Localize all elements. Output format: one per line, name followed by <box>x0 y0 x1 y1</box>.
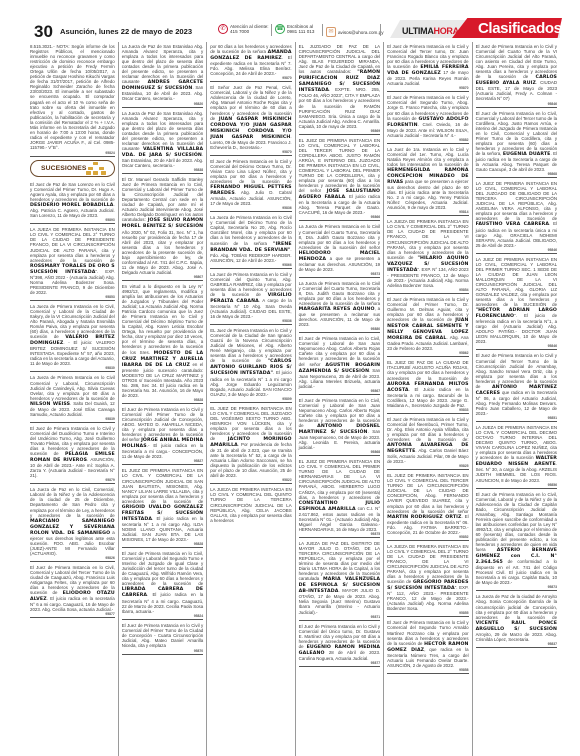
brand-ultima: ULTIMA <box>402 26 434 36</box>
legal-notice: EL JUZGADO DE PAZ DE LA CIRCUNSCRIPCIÓN … <box>299 42 380 129</box>
divider <box>299 134 380 135</box>
notice-text: El Juez de Primera Instancia en lo Civil… <box>122 551 203 586</box>
notice-text: 8.515.3021.- NOTA: Según informe de los … <box>30 44 115 150</box>
notice-code: 95877 <box>299 661 380 665</box>
legal-notice: LA JUEZA DE PAZ DEL DISTRITO DE MAYOR JU… <box>299 539 380 615</box>
notice-code: 95827 <box>122 459 203 463</box>
decedent-name: MARCIANO SAMANIEGO GONZALEZ Y SEVERIANA … <box>30 519 115 536</box>
divider <box>210 483 291 484</box>
notice-code: 95826 <box>30 556 115 560</box>
notice-code: 95809 <box>210 397 291 401</box>
notice-code: 95830 <box>30 366 115 370</box>
column-2: La Jueza de Paz de San Estanislao Abg. A… <box>118 42 206 756</box>
divider <box>30 561 115 562</box>
notice-code: 95870 <box>210 76 291 80</box>
divider <box>476 253 557 254</box>
legal-notice: EL Juez de Primera Instancia en lo Civil… <box>210 326 291 397</box>
notice-code: 95824 <box>30 151 115 155</box>
notice-text: La Jueza de Primera Instancia en lo Civi… <box>30 304 115 339</box>
notice-code: 95846 <box>476 248 557 252</box>
divider <box>387 91 468 92</box>
divider <box>210 155 291 156</box>
notice-text: Año 2020, N° 02, Folio 31, Sec. N° 1, ha… <box>122 230 203 275</box>
divider <box>210 402 291 403</box>
column-3: por 60 días a los herederos y acreedores… <box>206 42 294 756</box>
notice-text: La Jueza de Paz de San Estanislao Abg. A… <box>122 44 203 84</box>
legal-notice: El Dr. Manuel Gerardo Saffidin Stanley J… <box>122 175 203 275</box>
divider <box>380 24 381 36</box>
divider <box>122 547 203 548</box>
legal-notice: El Juez de Primera Instancia en lo Civil… <box>387 295 468 351</box>
notice-text: El Juez de Primera Instancia en lo Civil… <box>210 159 291 184</box>
column-5: El Juez de Primera Instancia en lo Civil… <box>383 42 471 756</box>
divider <box>387 143 468 144</box>
legal-notice: El Juez de Primera Instancia en lo Civil… <box>387 618 468 667</box>
divider <box>476 647 557 648</box>
notice-text: El Juez de Primera Instancia en lo Civil… <box>476 492 557 553</box>
legal-notice: El Juez de Primera Instancia en lo Civil… <box>476 351 557 416</box>
notice-code: 95854 <box>387 288 468 292</box>
legal-notice: El Juez de Primera Instancia en lo Civil… <box>299 396 380 450</box>
divider <box>387 673 468 674</box>
divider <box>210 268 291 269</box>
divider <box>122 403 203 404</box>
notice-code: 95846 <box>476 102 557 106</box>
legal-notice: La Jueza de Primera Instancia en lo Civi… <box>299 222 380 271</box>
notice-code: 95868 <box>476 172 557 176</box>
notice-code: 95870 <box>210 150 291 154</box>
divider <box>30 371 115 372</box>
legal-notice: LA JUEZA DE PRIMERA INSTANCIA EN LO CIVI… <box>30 225 115 295</box>
divider <box>299 620 380 621</box>
divider <box>299 220 380 221</box>
notice-text: EL JUEZ DE PRIMERA INSTANCIA EN LO CIVIL… <box>387 473 468 513</box>
legal-notice: La Juez de Primera Instancia en lo Civil… <box>210 270 291 319</box>
page-number: 30 <box>34 22 53 42</box>
legal-notice: La Jueza de Paz en lo Civil, Comercial, … <box>30 485 115 556</box>
legal-notice: El Juez de Primera Instancia en lo Civil… <box>476 109 557 173</box>
divider <box>30 156 115 157</box>
notice-text: La Jueza de Primera Instancia en lo Civi… <box>299 224 380 249</box>
notice-text: La Jueza de Paz de la ciudad de Arroyito… <box>476 594 557 619</box>
envelope-icon: ✉ <box>326 27 336 37</box>
divider <box>210 211 291 212</box>
divider <box>387 413 468 414</box>
notice-code: 95879 <box>30 478 115 482</box>
divider <box>122 280 203 281</box>
legal-notice: por 60 días a los herederos y acreedores… <box>210 42 291 76</box>
contact-email: ✉ avisos@uhora.com.py <box>326 27 384 37</box>
divider <box>122 619 203 620</box>
divider <box>210 324 291 325</box>
decedent-name: VICENTE RAUL PONCE ARGUELLO S/ SUCESIÓN <box>476 621 557 632</box>
divider <box>122 107 203 108</box>
notice-code: 95838 <box>122 168 203 172</box>
notice-code: 95882 <box>387 138 468 142</box>
notice-text: LA JUEZA DE PRIMERA INSTANCIA EN LO CIVI… <box>387 219 468 259</box>
decedent-name: JUAN GASPAR MISKINICH CORDOVA Y/O JUAN G… <box>210 117 291 140</box>
notice-code: 95868 <box>299 450 380 454</box>
notice-code: 95852 <box>387 535 468 539</box>
notice-text: LA JUEZA DE PAZ DEL DISTRITO DE MAYOR JU… <box>299 541 380 581</box>
notice-code: 95837 <box>476 642 557 646</box>
legal-notice: El Juez de Paz de San Lorenzo en lo Civi… <box>30 180 115 218</box>
section-badge-sucesiones: SUCESIONES <box>30 160 115 177</box>
legal-notice: EL JUEZ DE PRIMERA INSTANCIA EN LO CIVIL… <box>387 471 468 535</box>
divider <box>476 421 557 422</box>
notice-text: La Juez de 1ra. Instancia en lo Civil y … <box>387 147 468 167</box>
notice-code: 95866 <box>210 263 291 267</box>
divider <box>476 349 557 350</box>
notice-text: LA JUEZA DE PRIMERA INSTANCIA EN LO CIVI… <box>30 227 115 262</box>
notice-text: El Juez de Paz de San Lorenzo en lo Civi… <box>30 182 115 202</box>
legal-notice: 8.515.3021.- NOTA: Según informe de los … <box>30 42 115 151</box>
divider <box>387 356 468 357</box>
notice-text: LA JUEZA DE PRIMERA INSTANCIA EN LO CIVI… <box>387 544 468 584</box>
notice-text: El Juez de Primera Instancia en lo Civil… <box>122 407 203 442</box>
legal-notice: El Juez de Primera Instancia en lo Civil… <box>387 415 468 464</box>
notice-code: 95877 <box>30 612 115 616</box>
notice-code: 95820 <box>122 102 203 106</box>
divider <box>299 332 380 333</box>
divider <box>299 537 380 538</box>
notice-code: 95870 <box>122 649 203 653</box>
family-tree-icon <box>86 162 106 175</box>
divider <box>476 177 557 178</box>
contact-phone-value: 415 7000 <box>230 29 249 34</box>
notice-code: 95833 <box>387 408 468 412</box>
notice-code: 95856 <box>476 483 557 487</box>
divider <box>30 617 115 618</box>
divider <box>210 81 291 82</box>
notice-text: en el presente juicio sucesorio caratula… <box>122 362 203 398</box>
notice-text: LA JUEZ DE PRIMERA INSTANCIA EN LO CIVIL… <box>476 181 557 221</box>
contact-whatsapp: ☎ Escribinos al0981 111 013 <box>275 24 314 34</box>
notice-code: 95824 <box>122 614 203 618</box>
legal-notice: EL JUEZ DE PRIMERA INSTANCIA EN LO CIVIL… <box>299 457 380 532</box>
notice-text: . Por providencia de fecha de 21 de abri… <box>210 442 291 478</box>
notice-text: El Juez de Primera Instancia en lo Civil… <box>476 353 557 388</box>
divider <box>30 300 115 301</box>
legal-notice: El Juez de Primera Instancia en lo Civil… <box>122 621 203 649</box>
notice-code: 95866 <box>299 215 380 219</box>
notice-text: EL JUEZ DE PRIMERA INSTANCIA EN LO CIVIL… <box>122 468 203 503</box>
divider <box>122 464 203 465</box>
section-title: Clasificados <box>478 20 562 37</box>
notice-text: La Jueza de Primera Instancia en lo Civi… <box>30 375 115 400</box>
legal-notice: LA JUEZ DE PRIMERA INSTANCIA EN LO CIVIL… <box>476 179 557 248</box>
legal-notice: El Juez de Primera Instancia en lo Civil… <box>476 490 557 586</box>
whatsapp-icon: ☎ <box>275 24 285 34</box>
legal-notice: El Juez de Primera Instancia en lo Civil… <box>299 334 380 388</box>
legal-notice: La Jueza de Paz de San Estanislao Abg. A… <box>122 42 203 102</box>
legal-notice: LA JUEZA DE PRIMERA INSTANCIA EN LO CIVI… <box>387 542 468 612</box>
legal-notice: El Juez de Primera Instancia en lo Civil… <box>299 622 380 661</box>
notice-text: El Dr. Manuel Gerardo Saffidin Stanley J… <box>122 177 203 222</box>
divider <box>299 455 380 456</box>
notice-text: La Jueza de Paz en lo Civil, Comercial, … <box>30 487 115 517</box>
divider <box>387 293 468 294</box>
notice-code: 95870 <box>387 86 468 90</box>
contact-email-value[interactable]: avisos@uhora.com.py <box>338 30 384 35</box>
legal-notice: La Jueza de Primera Instancia en lo Civi… <box>30 302 115 367</box>
legal-notice: La Jueza de Primera Instancia en lo Civi… <box>299 279 380 327</box>
legal-notice: LA JUEZA DE PRIMERA INSTANCIA EN LO CIVI… <box>476 423 557 483</box>
divider <box>299 666 380 667</box>
divider <box>271 24 272 36</box>
legal-notice: EL JUEZ DE PRIMERA INSTANCIA EN LO CIVIL… <box>122 466 203 542</box>
legal-notice: El Juez de Primera Instancia en lo Civil… <box>387 93 468 137</box>
legal-notice: El Juez de Primera Instancia en lo Civil… <box>30 424 115 478</box>
divider <box>476 107 557 108</box>
column-4: EL JUZGADO DE PAZ DE LA CIRCUNSCRIPCIÓN … <box>295 42 383 756</box>
contact-phone: ✆ Atención al cliente:415 7000 <box>218 24 269 34</box>
divider <box>387 469 468 470</box>
contact-whatsapp-value: 0981 111 013 <box>287 29 314 34</box>
notice-code: 95862 <box>387 351 468 355</box>
legal-notice: La Jueza de Primera Instancia en lo Civi… <box>30 373 115 416</box>
notice-code: 95871 <box>299 615 380 619</box>
notice-code: 95851 <box>476 416 557 420</box>
brand-logo: ULTIMAHORA <box>402 26 459 36</box>
page-date: Asunción, lunes 22 de mayo de 2023 <box>60 27 192 36</box>
legal-notice: La Jueza de Primera Instancia en lo Civi… <box>210 213 291 262</box>
legal-notice: LA JUEZA DE PRIMERA INSTANCIA EN LO CIVI… <box>210 485 291 523</box>
notice-code: 95828 <box>122 398 203 402</box>
notice-text: La Jueza de Paz de San Estanislao Abg. A… <box>122 111 203 151</box>
notice-code: 95869 <box>299 129 380 133</box>
legal-notice: LA JUEZ DE PRIMERA INSTANCIA EN LO CIVIL… <box>476 255 557 345</box>
notice-text: EL JUEZ DE PRIMERA INSTANCIA EN LO CIVIL… <box>210 406 291 441</box>
notice-text: . EXPTE. NRO. 255, FOLIO 46, AÑO 2023", … <box>299 87 380 128</box>
notice-code: 95846 <box>476 344 557 348</box>
column-6: El Juez de Primera Instancia en lo Civil… <box>472 42 560 756</box>
legal-notice: EL JUEZ DE PAZ DE LA CIUDAD DE ITACURUBÍ… <box>387 358 468 407</box>
notice-text: Arroyito, 29 de Marzo de 2023. Abog. Cri… <box>476 632 557 642</box>
legal-notice: El Juez de Primera Instancia en lo Civil… <box>122 405 203 459</box>
divider <box>30 422 115 423</box>
notice-text: EL JUEZ DE PAZ DE LA CIUDAD DE ITACURUBÍ… <box>387 360 468 380</box>
notice-text: El Juez de Primera Instancia en lo Civil… <box>387 417 468 442</box>
legal-notice: En virtud a lo dispuesto en la Ley N° 49… <box>122 282 203 398</box>
legal-notice: El Juez de Primera Instancia en lo Civil… <box>122 549 203 614</box>
notice-code: 95893 <box>30 218 115 222</box>
divider <box>122 173 203 174</box>
notice-code: 95828 <box>122 542 203 546</box>
notice-text: En virtud a lo dispuesto en la Ley N° 49… <box>122 284 203 355</box>
notice-code: 95855 <box>387 611 468 615</box>
notice-text: El Juez de Primera Instancia en lo Civil… <box>476 44 557 79</box>
notice-text: El Señor Juez de Paz Penal, Civil, Comer… <box>210 85 291 120</box>
notice-code: 95858 <box>387 668 468 672</box>
notice-code: 95839 <box>30 417 115 421</box>
legal-notice: EL JUEZ DE PRIMERA INSTANCIA EN LO CIVIL… <box>299 136 380 216</box>
notice-text: El Juez de Primera Instancia en lo Civil… <box>122 623 203 648</box>
notice-code: 95836 <box>210 206 291 210</box>
legal-notice: La Juez de 1ra. Instancia en lo Civil y … <box>387 145 468 211</box>
divider <box>30 223 115 224</box>
legal-notice: La Jueza de Paz de San Estanislao Abg. A… <box>122 109 203 169</box>
phone-icon: ✆ <box>218 24 228 34</box>
legal-notice: El Juez de Primera Instancia en lo Civil… <box>476 42 557 102</box>
legal-notice: El Señor Juez de Paz Penal, Civil, Comer… <box>210 83 291 150</box>
notice-text: LA JUEZA DE PRIMERA INSTANCIA EN LO CIVI… <box>210 487 291 522</box>
legal-notice: La Jueza de Paz de la ciudad de Arroyito… <box>476 592 557 641</box>
notice-code: 95873 <box>476 585 557 589</box>
divider <box>476 590 557 591</box>
divider <box>476 488 557 489</box>
divider <box>387 540 468 541</box>
legal-notice: El Juez de Primera Instancia en lo Civil… <box>210 157 291 206</box>
divider <box>387 616 468 617</box>
notice-code: 95873 <box>299 272 380 276</box>
classifieds-columns: 8.515.3021.- NOTA: Según informe de los … <box>30 42 560 756</box>
notice-text: El Juez de Primera Instancia en lo Civil… <box>476 111 557 156</box>
notice-text: La Jueza de Primera Instancia en lo Civi… <box>299 281 380 306</box>
notice-code: 95825 <box>387 464 468 468</box>
divider <box>299 394 380 395</box>
column-1: 8.515.3021.- NOTA: Según informe de los … <box>30 42 118 756</box>
notice-code: 95807 <box>122 275 203 279</box>
divider <box>30 483 115 484</box>
divider <box>122 654 203 655</box>
notice-code: 95875 <box>299 532 380 536</box>
notice-code: 95822 <box>210 478 291 482</box>
notice-code: 95853 <box>30 295 115 299</box>
divider <box>322 24 323 36</box>
legal-notice: El Juez de Primera Instancia en lo Civil… <box>387 42 468 86</box>
notice-code: 95880 <box>299 327 380 331</box>
brand-hora: HORA <box>434 26 459 36</box>
notice-text: EL JUEZ DE PRIMERA INSTANCIA EN LO CIVIL… <box>299 138 380 193</box>
divider <box>387 215 468 216</box>
notice-text: LA JUEZ DE PRIMERA INSTANCIA EN LO CIVIL… <box>476 257 557 307</box>
notice-code: 95836 <box>210 319 291 323</box>
notice-code: 95867 <box>299 389 380 393</box>
notice-text: EL JUEZ DE PRIMERA INSTANCIA EN LO CIVIL… <box>299 459 380 499</box>
page-header: 30 Asunción, lunes 22 de mayo de 2023 ✆ … <box>0 0 580 40</box>
divider <box>299 277 380 278</box>
legal-notice: EL JUEZ DE PRIMERA INSTANCIA EN LO CIVIL… <box>210 404 291 479</box>
notice-code: 95814 <box>387 210 468 214</box>
legal-notice: El Juez de Primera Instancia en lo Civil… <box>30 563 115 612</box>
section-badge-label: SUCESIONES <box>41 165 87 172</box>
legal-notice: LA JUEZA DE PRIMERA INSTANCIA EN LO CIVI… <box>387 217 468 288</box>
